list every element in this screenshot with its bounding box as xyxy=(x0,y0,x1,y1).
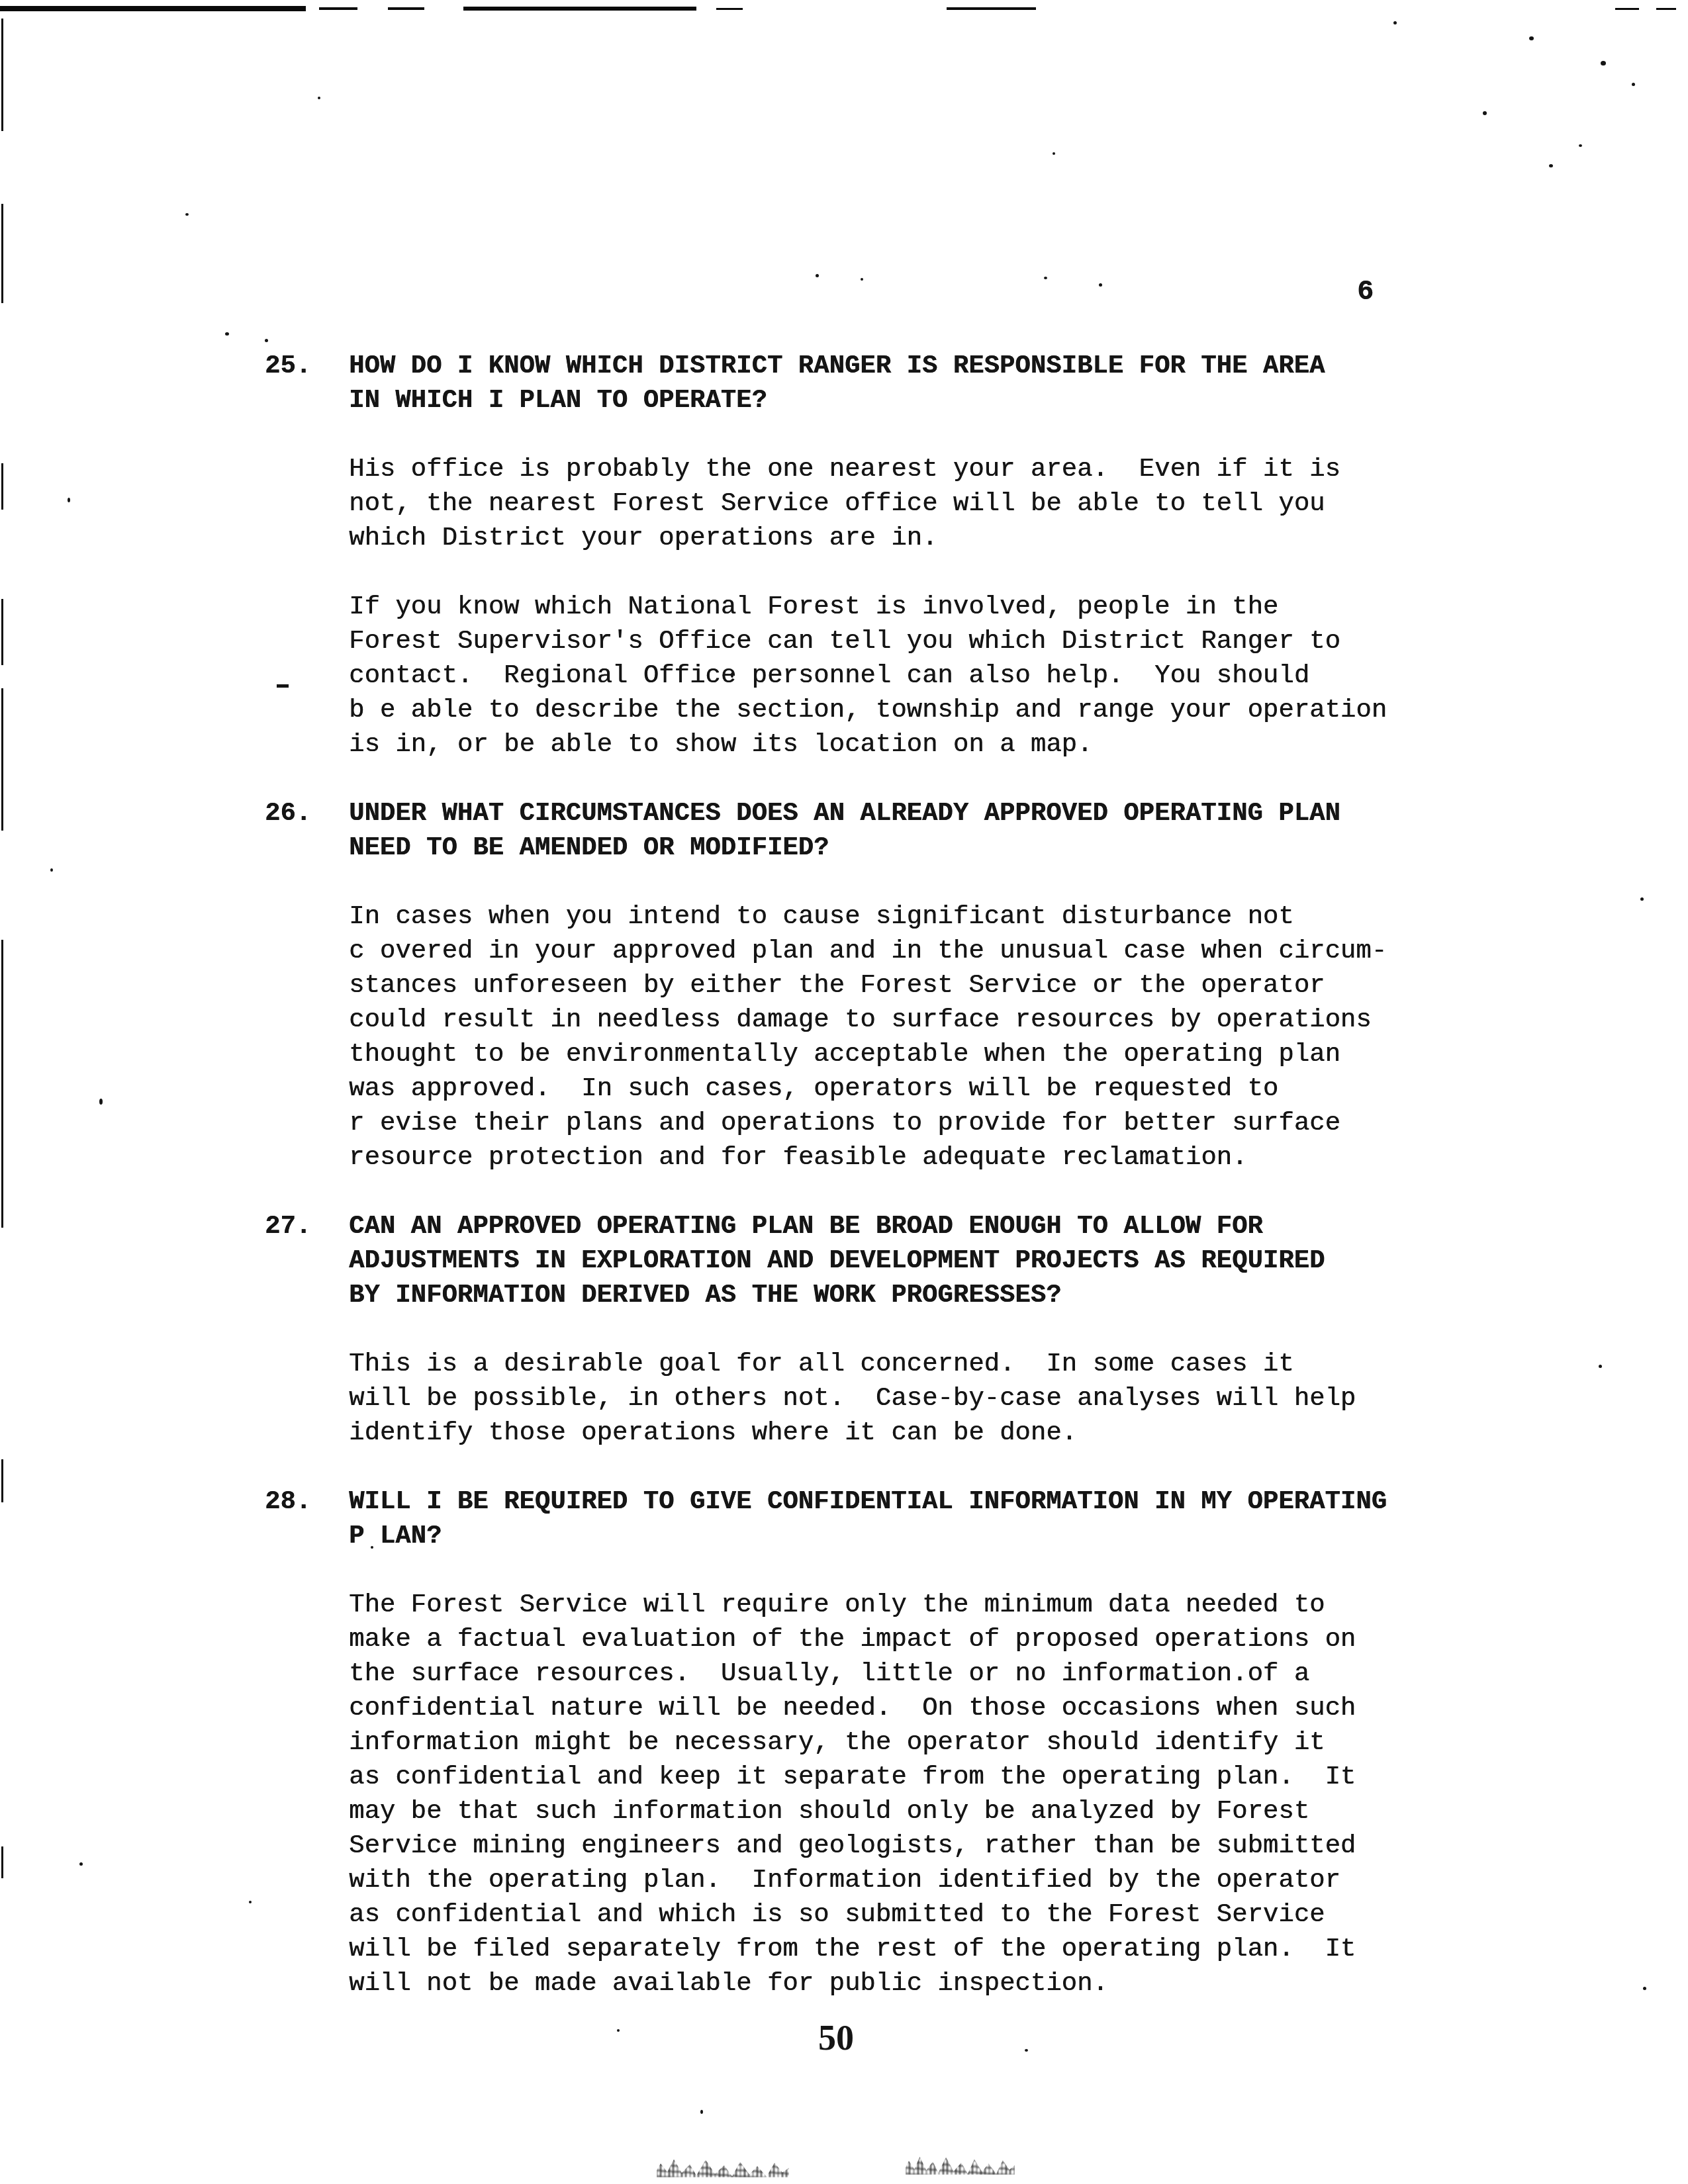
scan-top-border-segment xyxy=(1615,8,1639,10)
scan-left-border-segment xyxy=(1,1846,3,1878)
question-text: WILL I BE REQUIRED TO GIVE CONFIDENTIAL … xyxy=(349,1484,1450,1553)
answer-paragraph: This is a desirable goal for all concern… xyxy=(349,1347,1450,1450)
scanned-document-page: 6 25. HOW DO I KNOW WHICH DISTRICT RANGE… xyxy=(0,0,1688,2184)
qa-body: UNDER WHAT CIRCUMSTANCES DOES AN ALREADY… xyxy=(349,796,1450,1209)
scan-top-border-segment xyxy=(388,7,424,10)
scan-speck xyxy=(185,213,189,216)
answer-paragraph: If you know which National Forest is inv… xyxy=(349,590,1450,762)
scan-speck xyxy=(1579,144,1582,147)
scan-speck xyxy=(1640,897,1644,901)
scan-smudge xyxy=(906,2150,1015,2175)
scan-top-border-segment xyxy=(319,7,357,10)
scan-speck xyxy=(700,2110,703,2114)
question-number: 28. xyxy=(265,1484,349,1519)
scan-speck xyxy=(1643,1987,1646,1990)
qa-item-27: 27. CAN AN APPROVED OPERATING PLAN BE BR… xyxy=(265,1209,1450,1484)
qa-body: CAN AN APPROVED OPERATING PLAN BE BROAD … xyxy=(349,1209,1450,1484)
scan-speck xyxy=(1393,21,1397,24)
answer-paragraph: His office is probably the one nearest y… xyxy=(349,452,1450,555)
scan-top-border-segment xyxy=(716,8,743,10)
scan-speck xyxy=(861,278,863,281)
scan-speck xyxy=(1549,164,1553,167)
qa-item-28: 28. WILL I BE REQUIRED TO GIVE CONFIDENT… xyxy=(265,1484,1450,2035)
question-text: HOW DO I KNOW WHICH DISTRICT RANGER IS R… xyxy=(349,349,1450,418)
scan-speck xyxy=(1529,36,1534,40)
scan-left-border-segment xyxy=(1,1459,3,1502)
scan-speck xyxy=(1044,277,1047,279)
scan-speck xyxy=(816,274,819,277)
scan-left-border-segment xyxy=(1,204,3,303)
question-number: 25. xyxy=(265,349,349,383)
scan-speck xyxy=(265,339,268,342)
page-number-top: 6 xyxy=(1357,278,1374,306)
qa-item-25: 25. HOW DO I KNOW WHICH DISTRICT RANGER … xyxy=(265,349,1450,796)
answer-paragraph: In cases when you intend to cause signif… xyxy=(349,899,1450,1175)
qa-item-26: 26. UNDER WHAT CIRCUMSTANCES DOES AN ALR… xyxy=(265,796,1450,1209)
scan-left-border-segment xyxy=(1,940,3,1228)
scan-top-border-segment xyxy=(1656,8,1676,10)
scan-speck xyxy=(1599,1365,1602,1368)
scan-speck xyxy=(1601,61,1606,66)
scan-top-border-segment xyxy=(0,6,306,11)
scan-speck xyxy=(1099,283,1102,287)
scan-left-border-segment xyxy=(1,599,3,665)
scan-smudge xyxy=(657,2152,789,2177)
qa-body: HOW DO I KNOW WHICH DISTRICT RANGER IS R… xyxy=(349,349,1450,796)
scan-speck xyxy=(99,1099,103,1105)
scan-speck xyxy=(79,1862,83,1866)
scan-left-border-segment xyxy=(1,19,3,131)
scan-left-border-segment xyxy=(1,688,3,831)
scan-speck xyxy=(225,332,229,336)
scan-top-border-segment xyxy=(947,7,1036,10)
scan-speck xyxy=(249,1901,252,1903)
question-number: 27. xyxy=(265,1209,349,1244)
qa-body: WILL I BE REQUIRED TO GIVE CONFIDENTIAL … xyxy=(349,1484,1450,2035)
scan-left-border-segment xyxy=(1,463,3,510)
qa-list: 25. HOW DO I KNOW WHICH DISTRICT RANGER … xyxy=(265,349,1450,2035)
scan-speck xyxy=(68,498,70,502)
scan-speck xyxy=(1632,83,1635,86)
scan-speck xyxy=(1483,111,1487,115)
scan-speck xyxy=(50,868,53,872)
page-number-bottom: 50 xyxy=(818,2020,854,2056)
scan-speck xyxy=(1025,2049,1028,2052)
question-text: UNDER WHAT CIRCUMSTANCES DOES AN ALREADY… xyxy=(349,796,1450,865)
question-text: CAN AN APPROVED OPERATING PLAN BE BROAD … xyxy=(349,1209,1450,1312)
scan-speck xyxy=(318,97,320,99)
answer-paragraph: The Forest Service will require only the… xyxy=(349,1588,1450,2001)
scan-top-border-segment xyxy=(463,7,696,11)
question-number: 26. xyxy=(265,796,349,831)
scan-speck xyxy=(1053,152,1055,155)
